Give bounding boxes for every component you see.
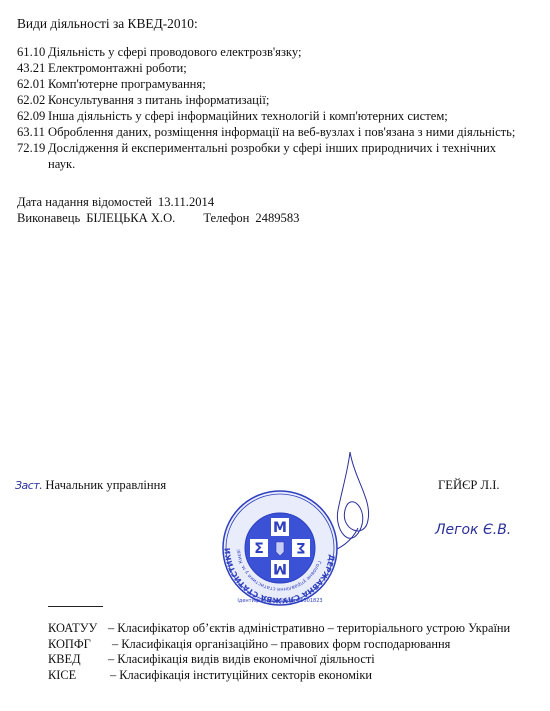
official-seal-icon: ДЕРЖАВНА СЛУЖБА СТАТИСТИКИ УКРАЇНИ Голов… [220,488,340,608]
kved-text: Діяльність у сфері проводового електрозв… [45,44,518,60]
kved-item: 62.01Комп'ютерне програмування; [17,76,518,92]
kved-item: 62.02Консультування з питань інформатиза… [17,92,518,108]
legend-def: – Класифікація організаційно – правових … [108,637,450,653]
legend-def: – Класифікатор об’єктів адміністративно … [108,621,510,637]
legend-row: КВЕД– Класифікація видів видів економічн… [48,652,510,668]
legend-row: КОАТУУ– Класифікатор об’єктів адміністра… [48,621,510,637]
legend-row: КІСЕ– Класифікація інституційних секторі… [48,668,510,684]
legend-def: – Класифікація видів видів економічної д… [108,652,375,668]
svg-text:M: M [273,520,287,536]
legend-def: – Класифікація інституційних секторів ек… [108,668,372,684]
kved-code: 63.11 [17,124,45,140]
signatory-position: Заст. Начальник управління [15,478,166,493]
kved-code: 43.21 [17,60,45,76]
svg-text:Σ: Σ [254,541,264,557]
svg-text:M: M [273,560,287,576]
handwritten-prefix: Заст. [15,479,42,492]
kved-item: 62.09Інша діяльність у сфері інформаційн… [17,108,518,124]
executor-label: Виконавець [17,211,80,225]
kved-item: 61.10Діяльність у сфері проводового елек… [17,44,518,60]
kved-list: 61.10Діяльність у сфері проводового елек… [17,44,518,172]
handwritten-name: Легок Є.В. [435,522,511,538]
abbreviation-legend: КОАТУУ– Класифікатор об’єктів адміністра… [48,621,510,684]
executor-value: БІЛЕЦЬКА Х.О. [86,211,175,225]
kved-text: Оброблення даних, розміщення інформації … [45,124,518,140]
kved-item: 63.11Оброблення даних, розміщення інформ… [17,124,518,140]
kved-code: 61.10 [17,44,45,60]
svg-text:Σ: Σ [296,539,306,555]
position-title: Начальник управління [45,478,166,492]
kved-item: 72.19Дослідження й експериментальні розр… [17,140,518,172]
date-value: 13.11.2014 [158,195,214,209]
kved-code: 62.09 [17,108,45,124]
kved-item: 43.21Електромонтажні роботи; [17,60,518,76]
legend-abbr: КВЕД [48,652,108,668]
kved-code: 62.02 [17,92,45,108]
footnote-divider [48,606,103,607]
date-line: Дата надання відомостей13.11.2014 [17,194,214,210]
svg-text:Ідентифікаційний код 26501823: Ідентифікаційний код 26501823 [237,597,322,604]
document-title: Види діяльності за КВЕД-2010: [17,16,198,32]
kved-code: 72.19 [17,140,45,172]
kved-text: Консультування з питань інформатизації; [45,92,518,108]
legend-abbr: КОАТУУ [48,621,108,637]
legend-abbr: КОПФГ [48,637,108,653]
phone-value: 2489583 [255,211,299,225]
kved-text: Комп'ютерне програмування; [45,76,518,92]
signatory-name: ГЕЙЄР Л.І. [438,478,500,493]
kved-text: Дослідження й експериментальні розробки … [45,140,518,172]
legend-row: КОПФГ– Класифікація організаційно – прав… [48,637,510,653]
date-label: Дата надання відомостей [17,195,152,209]
legend-abbr: КІСЕ [48,668,108,684]
kved-text: Інша діяльність у сфері інформаційних те… [45,108,518,124]
kved-text: Електромонтажні роботи; [45,60,518,76]
executor-line: ВиконавецьБІЛЕЦЬКА Х.О.Телефон2489583 [17,210,299,226]
kved-code: 62.01 [17,76,45,92]
phone-label: Телефон [203,211,249,225]
